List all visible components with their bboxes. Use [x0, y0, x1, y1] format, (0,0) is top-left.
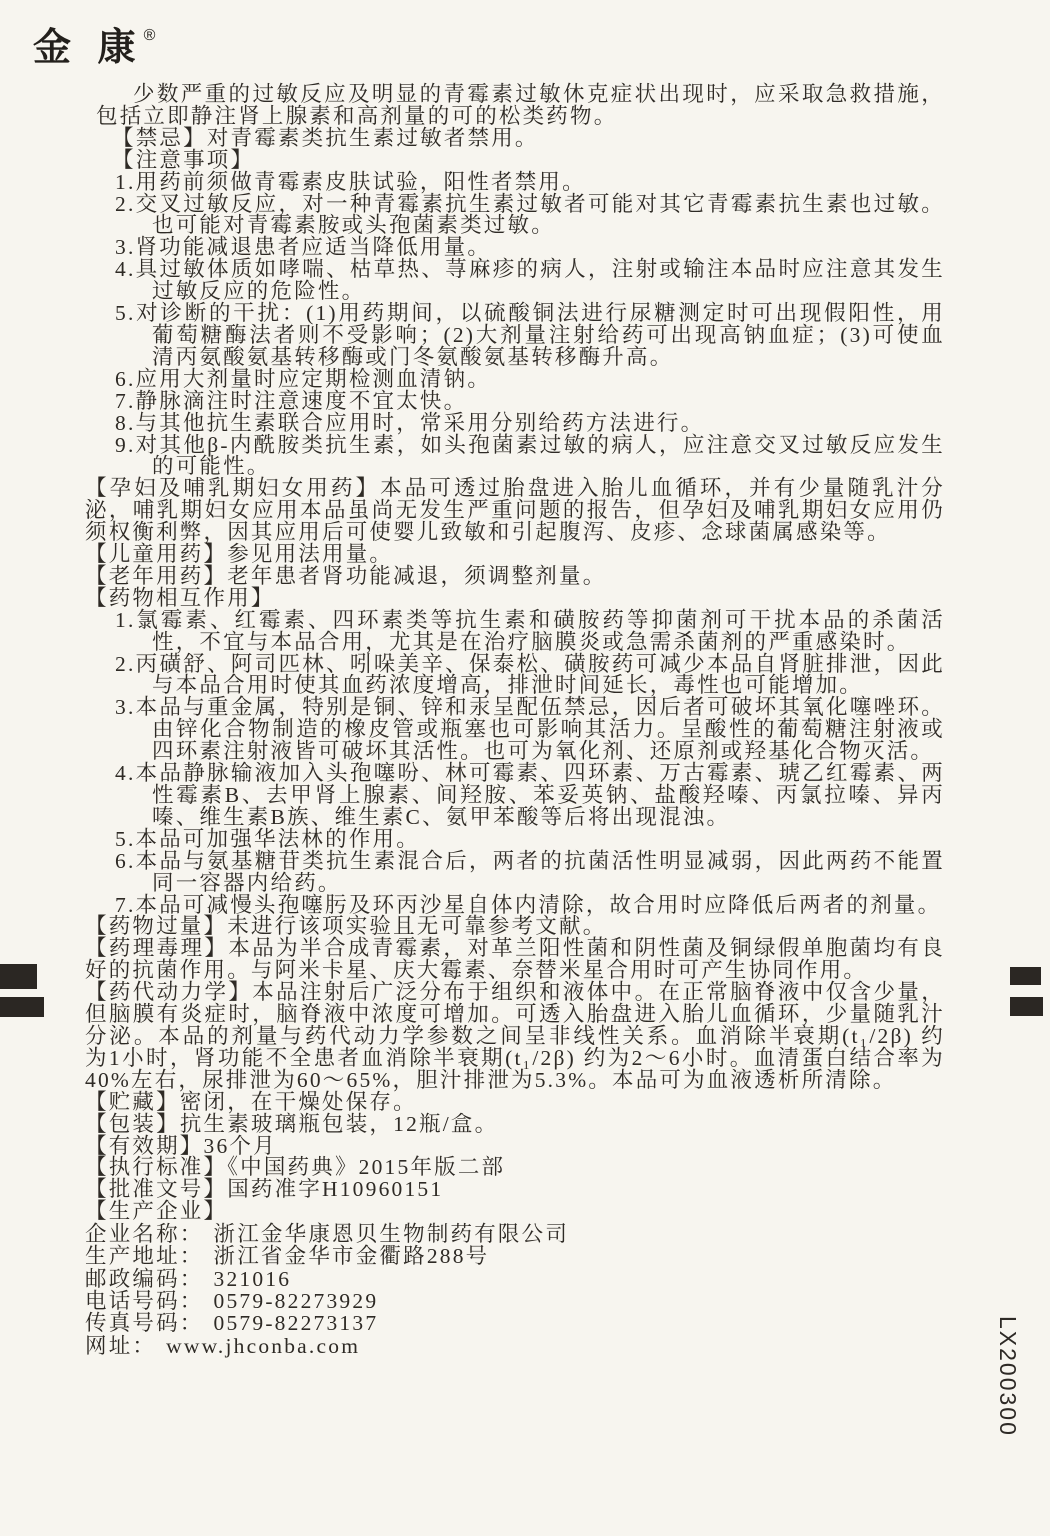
manufacturer-field-address: 生产地址：浙江省金华市金衢路288号 [85, 1245, 945, 1267]
precaution-item: 9.对其他β-内酰胺类抗生素，如头孢菌素过敏的病人，应注意交叉过敏反应发生的可能… [152, 435, 945, 479]
section-text: 对青霉素类抗生素过敏者禁用。 [207, 126, 539, 150]
section-label: 【孕妇及哺乳期妇女用药】 [85, 476, 380, 500]
field-label: 企业名称： [85, 1222, 204, 1246]
section-text: 国药准字H10960151 [227, 1177, 443, 1201]
manufacturer-field-postcode: 邮政编码：321016 [85, 1268, 945, 1290]
precaution-item: 3.肾功能减退患者应适当降低用量。 [152, 237, 945, 259]
field-label: 生产地址： [85, 1244, 204, 1268]
field-label: 传真号码： [85, 1311, 204, 1335]
section-approval-number: 【批准文号】国药准字H10960151 [85, 1179, 945, 1201]
manufacturer-field-phone: 电话号码：0579-82273929 [85, 1290, 945, 1312]
registered-trademark-icon: ® [144, 27, 156, 44]
section-pregnancy-lactation: 【孕妇及哺乳期妇女用药】本品可透过胎盘进入胎儿血循环，并有少量随乳汁分泌，哺乳期… [85, 478, 945, 544]
section-label: 【有效期】 [85, 1134, 204, 1158]
section-pharmacology-toxicology: 【药理毒理】本品为半合成青霉素，对革兰阳性菌和阴性菌及铜绿假单胞菌均有良好的抗菌… [85, 938, 945, 982]
registration-mark-right-upper [1010, 967, 1041, 985]
section-label: 【包装】 [85, 1112, 180, 1136]
section-pediatric-use: 【儿童用药】参见用法用量。 [85, 544, 945, 566]
emergency-measures-paragraph: 少数严重的过敏反应及明显的青霉素过敏休克症状出现时，应采取急救措施，包括立即静注… [96, 84, 945, 128]
precaution-item: 8.与其他抗生素联合应用时，常采用分别给药方法进行。 [152, 413, 945, 435]
section-label: 【生产企业】 [85, 1199, 227, 1223]
brand-name: 金 康 [33, 27, 144, 69]
section-text: 抗生素玻璃瓶包装，12瓶/盒。 [180, 1112, 498, 1136]
section-packaging: 【包装】抗生素玻璃瓶包装，12瓶/盒。 [85, 1114, 945, 1136]
field-value: 321016 [214, 1267, 292, 1291]
section-label: 【老年用药】 [85, 564, 227, 588]
manufacturer-field-company-name: 企业名称：浙江金华康恩贝生物制药有限公司 [85, 1223, 945, 1245]
manufacturer-field-website: 网址：www.jhconba.com [85, 1335, 945, 1357]
section-text: 36个月 [204, 1134, 277, 1158]
field-value: 浙江省金华市金衢路288号 [214, 1244, 490, 1268]
section-label: 【药物过量】 [85, 914, 227, 938]
section-manufacturer-heading: 【生产企业】 [85, 1201, 945, 1223]
section-storage: 【贮藏】密闭，在干燥处保存。 [85, 1092, 945, 1114]
section-drug-interactions-heading: 【药物相互作用】 [85, 588, 945, 610]
precaution-item: 4.具过敏体质如哮喘、枯草热、荨麻疹的病人，注射或输注本品时应注意其发生过敏反应… [152, 259, 945, 303]
section-text: 密闭，在干燥处保存。 [180, 1090, 417, 1114]
section-text: 《中国药典》2015年版二部 [227, 1155, 505, 1179]
interaction-item: 4.本品静脉输液加入头孢噻吩、林可霉素、四环素、万古霉素、琥乙红霉素、两性霉素B… [152, 763, 945, 829]
brand-logo: 金 康® [33, 16, 155, 71]
field-label: 邮政编码： [85, 1267, 204, 1291]
interaction-item: 7.本品可减慢头孢噻肟及环丙沙星自体内清除，故合用时应降低后两者的剂量。 [152, 895, 945, 917]
manufacturer-field-fax: 传真号码：0579-82273137 [85, 1312, 945, 1334]
insert-body: 少数严重的过敏反应及明显的青霉素过敏休克症状出现时，应采取急救措施，包括立即静注… [0, 84, 1050, 1357]
field-label: 电话号码： [85, 1289, 204, 1313]
precaution-item: 7.静脉滴注时注意速度不宜太快。 [152, 391, 945, 413]
precaution-item: 6.应用大剂量时应定期检测血清钠。 [152, 369, 945, 391]
section-label: 【药理毒理】 [85, 936, 228, 960]
section-label: 【贮藏】 [85, 1090, 180, 1114]
field-value: 0579-82273929 [214, 1289, 379, 1313]
interaction-item: 6.本品与氨基糖苷类抗生素混合后，两者的抗菌活性明显减弱，因此两药不能置同一容器… [152, 851, 945, 895]
interaction-item: 1.氯霉素、红霉素、四环素类等抗生素和磺胺药等抑菌剂可干扰本品的杀菌活性，不宜与… [152, 610, 945, 654]
section-label: 【禁忌】 [112, 126, 207, 150]
interaction-item: 5.本品可加强华法林的作用。 [152, 829, 945, 851]
section-label: 【药物相互作用】 [85, 586, 275, 610]
registration-mark-left-lower [0, 997, 44, 1017]
section-pharmacokinetics: 【药代动力学】本品注射后广泛分布于组织和液体中。在正常脑脊液中仅含少量，但脑膜有… [85, 982, 945, 1092]
section-precautions-heading: 【注意事项】 [112, 150, 945, 172]
registration-mark-left-upper [0, 964, 37, 989]
field-value: 0579-82273137 [214, 1311, 379, 1335]
field-label: 网址： [85, 1334, 156, 1358]
precaution-item: 2.交叉过敏反应，对一种青霉素抗生素过敏者可能对其它青霉素抗生素也过敏。也可能对… [152, 194, 945, 238]
precaution-item: 5.对诊断的干扰：(1)用药期间，以硫酸铜法进行尿糖测定时可出现假阳性，用葡萄糖… [152, 303, 945, 369]
field-value: 浙江金华康恩贝生物制药有限公司 [214, 1222, 570, 1246]
section-executive-standard: 【执行标准】《中国药典》2015年版二部 [85, 1157, 945, 1179]
section-geriatric-use: 【老年用药】老年患者肾功能减退，须调整剂量。 [85, 566, 945, 588]
section-shelf-life: 【有效期】36个月 [85, 1136, 945, 1158]
section-text: 参见用法用量。 [227, 542, 393, 566]
section-label: 【执行标准】 [85, 1155, 227, 1179]
section-contraindications: 【禁忌】对青霉素类抗生素过敏者禁用。 [112, 128, 945, 150]
package-insert-page: 金 康® 少数严重的过敏反应及明显的青霉素过敏休克症状出现时，应采取急救措施，包… [0, 0, 1050, 1536]
section-text: 老年患者肾功能减退，须调整剂量。 [227, 564, 606, 588]
section-label: 【药代动力学】 [85, 980, 252, 1004]
section-text: 未进行该项实验且无可靠参考文献。 [227, 914, 606, 938]
precaution-item: 1.用药前须做青霉素皮肤试验，阳性者禁用。 [152, 172, 945, 194]
interaction-item: 2.丙磺舒、阿司匹林、吲哚美辛、保泰松、磺胺药可减少本品自肾脏排泄，因此与本品合… [152, 654, 945, 698]
registration-mark-right-lower [1010, 997, 1043, 1016]
section-label: 【批准文号】 [85, 1177, 227, 1201]
section-overdose: 【药物过量】未进行该项实验且无可靠参考文献。 [85, 916, 945, 938]
print-batch-code: LX200300 [994, 1316, 1021, 1437]
field-value: www.jhconba.com [166, 1334, 360, 1358]
interaction-item: 3.本品与重金属，特别是铜、锌和汞呈配伍禁忌，因后者可破坏其氧化噻唑环。由锌化合… [152, 697, 945, 763]
section-label: 【注意事项】 [112, 148, 254, 172]
section-label: 【儿童用药】 [85, 542, 227, 566]
